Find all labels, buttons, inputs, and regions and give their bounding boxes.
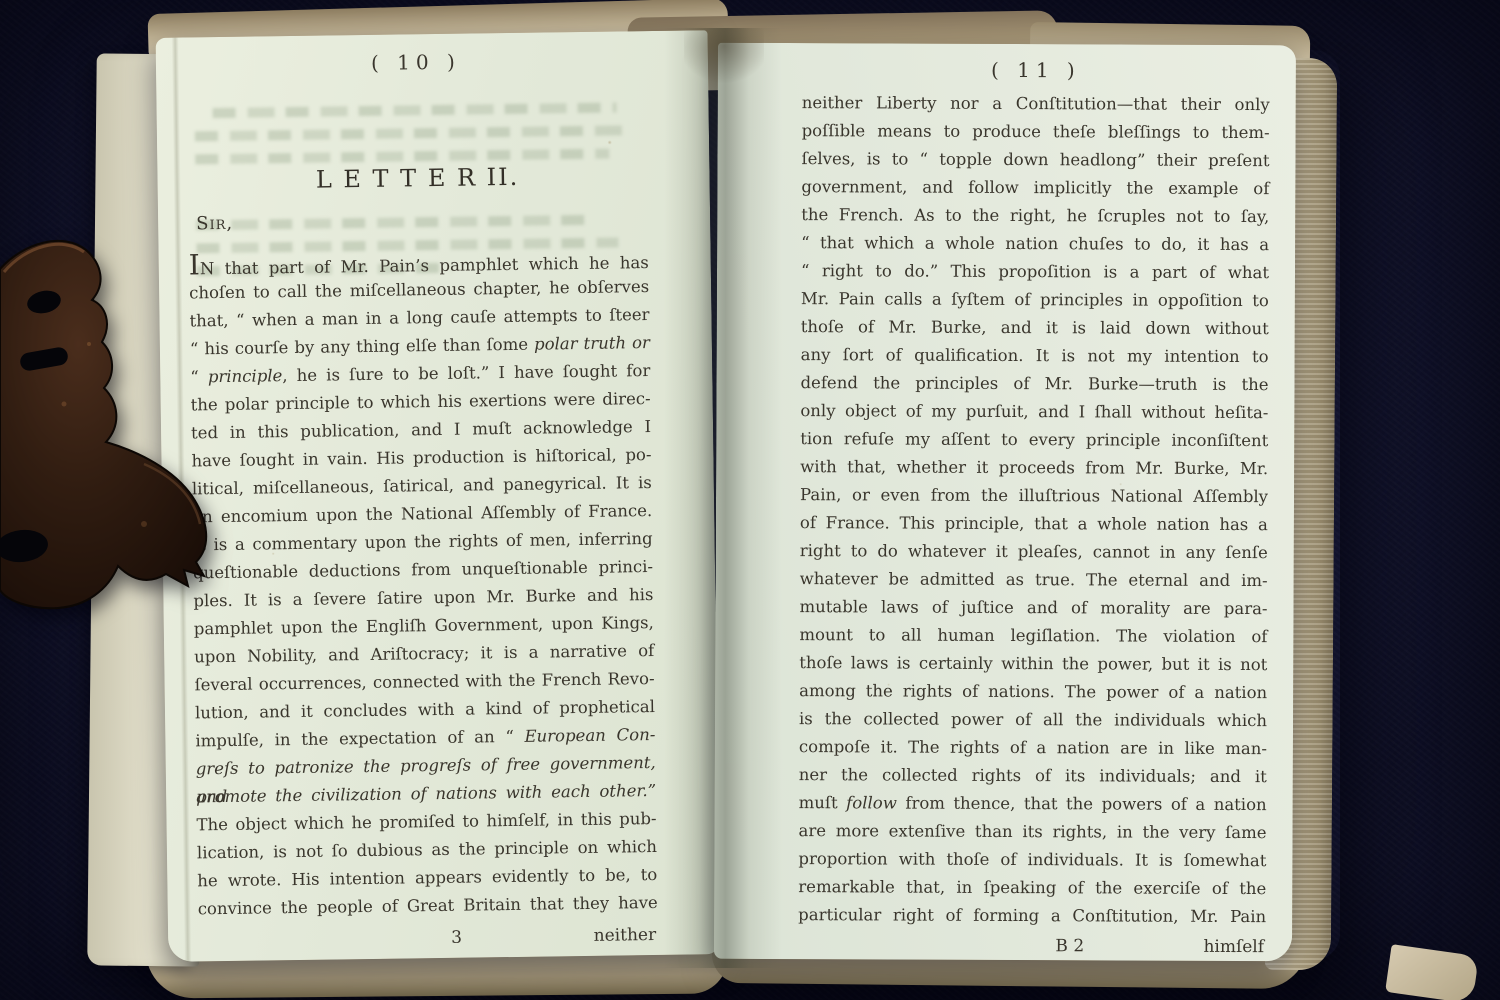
text-line: right to do whatever it pleaſes, cannot …	[800, 537, 1268, 567]
left-page-number: ( 10 )	[186, 47, 646, 77]
text-line: proportion with thoſe of individuals. It…	[798, 845, 1266, 875]
text-line: Mr. Pain calls a ſyſtem of principles in…	[801, 285, 1269, 315]
text-line: any ſort of qualification. It is not my …	[801, 341, 1269, 371]
text-line: the French. As to the right, he ſcruples…	[801, 201, 1269, 231]
text-line: mount to all human legiſlation. The viol…	[799, 621, 1267, 651]
text-line: among the rights of nations. The power o…	[799, 677, 1267, 707]
metal-clasp	[0, 224, 224, 644]
text-line: neither Liberty nor a Conſtitution—that …	[802, 89, 1270, 119]
text-line: of France. This principle, that a whole …	[800, 509, 1268, 539]
text-line: “ right to do.” This propoſition is a pa…	[801, 257, 1269, 287]
signature-mark: 3	[451, 924, 462, 952]
text-line: mutable laws of juſtice and of morality …	[799, 593, 1267, 623]
catchword: neither	[594, 921, 657, 950]
left-page-footer: 3 neither	[198, 921, 658, 955]
text-line: government, and follow implicitly the ex…	[801, 173, 1269, 203]
clasp-speck	[62, 402, 67, 407]
right-page-footer: B 2 himſelf	[798, 931, 1266, 961]
signature-mark: B 2	[1055, 932, 1084, 960]
left-page: ( 10 ) L E T T E R II. Sir, IN that part…	[156, 30, 721, 962]
text-line: whatever be admitted as true. The eterna…	[800, 565, 1268, 595]
right-page-number: ( 11 )	[802, 57, 1270, 83]
text-line: ner the collected rights of its individu…	[799, 761, 1267, 791]
text-line: is the collected power of all the indivi…	[799, 705, 1267, 735]
page-corner-flap	[1385, 944, 1479, 1000]
text-line: convince the people of Great Britain tha…	[198, 889, 658, 923]
text-line: defend the principles of Mr. Burke—truth…	[800, 369, 1268, 399]
text-line: “ that which a whole nation chuſes to do…	[801, 229, 1269, 259]
clasp-speck	[87, 342, 91, 346]
left-page-body: IN that part of Mr. Pain’s pamphlet whic…	[189, 245, 658, 923]
text-line: compoſe it. The rights of a nation are i…	[799, 733, 1267, 763]
text-line: with that, whether it proceeds from Mr. …	[800, 453, 1268, 483]
text-line: thoſe laws is certainly within the power…	[799, 649, 1267, 679]
text-line: only object of my purſuit, and I ſhall w…	[800, 397, 1268, 427]
right-page-body: neither Liberty nor a Conſtitution—that …	[798, 89, 1270, 931]
right-page: ( 11 ) neither Liberty nor a Conſtitutio…	[714, 43, 1296, 962]
catchword: himſelf	[1203, 933, 1264, 961]
text-line: muſt follow from thence, that the powers…	[799, 789, 1267, 819]
clasp-speck	[141, 521, 147, 527]
text-line: particular right of forming a Conſtituti…	[798, 901, 1266, 931]
text-line: thoſe of Mr. Burke, and it is laid down …	[801, 313, 1269, 343]
text-line: ſelves, is to “ topple down headlong” th…	[801, 145, 1269, 175]
photo-backdrop: aredaoffoporethprwofabutiutyoSthteinott …	[0, 0, 1500, 1000]
text-line: are more extenſive than its rights, in t…	[799, 817, 1267, 847]
text-line: Pain, or even from the illuſtrious Natio…	[800, 481, 1268, 511]
text-line: tion refuſe my aſſent to every principle…	[800, 425, 1268, 455]
text-line: remarkable that, in ſpeaking of the exer…	[798, 873, 1266, 903]
text-line: poſſible means to produce theſe bleſſing…	[802, 117, 1270, 147]
